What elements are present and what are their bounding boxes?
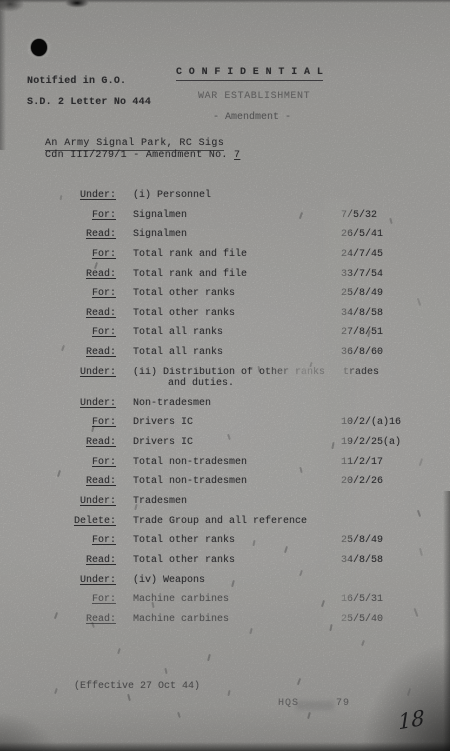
scan-edge-left (0, 0, 6, 150)
row-label-text: Under: (80, 190, 116, 201)
row-label-text: Read: (86, 308, 116, 319)
amendment-number: 7 (234, 150, 240, 161)
row-label-text: Read: (86, 269, 116, 280)
row-description-wrap: and duties. (168, 378, 234, 389)
amendment-row: Read:Total all ranks36/8/60 (50, 347, 420, 367)
confidential-stamp: C O N F I D E N T I A L (176, 67, 323, 81)
row-label-text: Delete: (74, 516, 116, 527)
row-establishment-numbers: 10/2/(a)16 (341, 417, 401, 428)
row-establishment-numbers: 27/8/51 (341, 327, 383, 338)
row-description: Trade Group and all reference (133, 516, 307, 527)
row-description: Drivers IC (133, 437, 193, 448)
scan-mark (227, 690, 230, 696)
row-description: Total non-tradesmen (133, 457, 247, 468)
row-label: Read: (50, 555, 116, 566)
amendment-subtitle: - Amendment - (213, 112, 291, 123)
row-label: Under: (50, 398, 116, 409)
row-establishment-numbers: 19/2/25(a) (341, 437, 401, 448)
row-label-text: Under: (80, 398, 116, 409)
row-label: Read: (50, 308, 116, 319)
row-label-text: For: (92, 417, 116, 428)
amendment-row: Under:(i) Personnel (50, 190, 420, 210)
row-establishment-numbers: 34/8/58 (341, 308, 383, 319)
scan-mark (127, 694, 130, 701)
row-label: Read: (50, 269, 116, 280)
row-label: For: (50, 249, 116, 260)
row-establishment-numbers: 36/8/60 (341, 347, 383, 358)
row-establishment-numbers: 16/5/31 (341, 594, 383, 605)
amendment-row: Under:Non-tradesmen (50, 398, 420, 418)
ink-smudge-top (62, 0, 92, 9)
row-description: (i) Personnel (133, 190, 211, 201)
unit-reference-text: Cdn III/279/1 - Amendment No. (45, 150, 234, 161)
row-label-text: For: (92, 210, 116, 221)
amendment-row: Under:(ii) Distribution of other ranks t… (50, 367, 420, 398)
scan-corner-bottom-left (0, 711, 60, 751)
scan-corner-top-left (0, 0, 28, 14)
row-description: Non-tradesmen (133, 398, 211, 409)
row-label: Delete: (50, 516, 116, 527)
scan-corner-bottom-right (360, 641, 450, 751)
amendment-row: Read:Total non-tradesmen20/2/26 (50, 476, 420, 496)
row-description: Total rank and file (133, 269, 247, 280)
row-label-text: For: (92, 249, 116, 260)
row-description: Signalmen (133, 210, 187, 221)
row-label: Read: (50, 347, 116, 358)
amendment-row: For:Total other ranks25/8/49 (50, 535, 420, 555)
sd-letter-number: S.D. 2 Letter No 444 (27, 97, 151, 108)
amendment-list: Under:(i) PersonnelFor:Signalmen7/5/32Re… (50, 190, 420, 633)
punch-hole (31, 39, 47, 56)
row-description: (ii) Distribution of other ranks trades (133, 367, 379, 378)
effective-date-note: (Effective 27 Oct 44) (74, 681, 200, 692)
row-label: Under: (50, 367, 116, 378)
row-establishment-numbers: 25/8/49 (341, 288, 383, 299)
row-establishment-numbers: 20/2/26 (341, 476, 383, 487)
row-description: Machine carbines (133, 614, 229, 625)
row-label: Read: (50, 437, 116, 448)
war-establishment-title: WAR ESTABLISHMENT (198, 91, 310, 102)
row-description: Total all ranks (133, 327, 223, 338)
scan-mark (177, 712, 180, 718)
row-establishment-numbers: 25/8/49 (341, 535, 383, 546)
scan-mark (307, 712, 310, 719)
amendment-row: Read:Total rank and file33/7/54 (50, 269, 420, 289)
row-label: For: (50, 288, 116, 299)
scan-mark (207, 654, 210, 661)
row-label: For: (50, 327, 116, 338)
row-description: Signalmen (133, 229, 187, 240)
row-description: Tradesmen (133, 496, 187, 507)
row-label-text: Under: (80, 367, 116, 378)
row-label-text: Read: (86, 555, 116, 566)
row-description: Total all ranks (133, 347, 223, 358)
amendment-row: Read:Total other ranks34/8/58 (50, 308, 420, 328)
scan-mark (164, 668, 167, 674)
row-description: (iv) Weapons (133, 575, 205, 586)
row-establishment-numbers: 7/5/32 (341, 210, 377, 221)
row-description: Total other ranks (133, 555, 235, 566)
amendment-row: Under:(iv) Weapons (50, 575, 420, 595)
amendment-row: For:Total other ranks25/8/49 (50, 288, 420, 308)
row-label-text: For: (92, 535, 116, 546)
row-establishment-numbers: 26/5/41 (341, 229, 383, 240)
file-reference-number: 79 (336, 698, 350, 709)
row-description: Total other ranks (133, 308, 235, 319)
row-label-text: Read: (86, 476, 116, 487)
amendment-row: For:Total non-tradesmen11/2/17 (50, 457, 420, 477)
row-establishment-numbers: 33/7/54 (341, 269, 383, 280)
row-label-text: Read: (86, 437, 116, 448)
amendment-row: For:Machine carbines16/5/31 (50, 594, 420, 614)
row-label: Under: (50, 575, 116, 586)
row-description: Total other ranks (133, 535, 235, 546)
amendment-row: Read:Signalmen26/5/41 (50, 229, 420, 249)
row-label-text: For: (92, 594, 116, 605)
row-description: Total non-tradesmen (133, 476, 247, 487)
unit-reference: Cdn III/279/1 - Amendment No. 7 (45, 150, 240, 161)
amendment-row: For:Total rank and file24/7/45 (50, 249, 420, 269)
row-label: Read: (50, 476, 116, 487)
row-label-text: Read: (86, 347, 116, 358)
scan-mark (297, 678, 301, 685)
row-label-text: Under: (80, 575, 116, 586)
row-label: For: (50, 417, 116, 428)
scanned-document-page: Notified in G.O. S.D. 2 Letter No 444 C … (0, 0, 450, 751)
row-label: Read: (50, 229, 116, 240)
smudge-artifact (296, 701, 334, 710)
row-description: Drivers IC (133, 417, 193, 428)
row-description: Total other ranks (133, 288, 235, 299)
row-label: For: (50, 210, 116, 221)
row-establishment-numbers: 25/5/40 (341, 614, 383, 625)
row-establishment-numbers: 24/7/45 (341, 249, 383, 260)
row-label: For: (50, 457, 116, 468)
amendment-row: For:Drivers IC10/2/(a)16 (50, 417, 420, 437)
scan-mark (54, 688, 57, 694)
amendment-row: Delete:Trade Group and all reference (50, 516, 420, 536)
notified-in-go-label: Notified in G.O. (27, 76, 126, 87)
row-establishment-numbers: 11/2/17 (341, 457, 383, 468)
amendment-row: Under:Tradesmen (50, 496, 420, 516)
scan-edge-right (443, 491, 450, 751)
row-label: For: (50, 594, 116, 605)
row-label: For: (50, 535, 116, 546)
amendment-row: Read:Drivers IC19/2/25(a) (50, 437, 420, 457)
row-establishment-numbers: 34/8/58 (341, 555, 383, 566)
row-label-text: Read: (86, 229, 116, 240)
row-label: Read: (50, 614, 116, 625)
row-description: Machine carbines (133, 594, 229, 605)
amendment-row: Read:Total other ranks34/8/58 (50, 555, 420, 575)
row-label-text: For: (92, 288, 116, 299)
amendment-row: For:Signalmen7/5/32 (50, 210, 420, 230)
row-label-text: For: (92, 327, 116, 338)
amendment-row: Read:Machine carbines25/5/40 (50, 614, 420, 634)
row-label-text: For: (92, 457, 116, 468)
scan-mark (117, 648, 120, 654)
row-description: Total rank and file (133, 249, 247, 260)
amendment-row: For:Total all ranks27/8/51 (50, 327, 420, 347)
row-label: Under: (50, 496, 116, 507)
row-label-text: Under: (80, 496, 116, 507)
